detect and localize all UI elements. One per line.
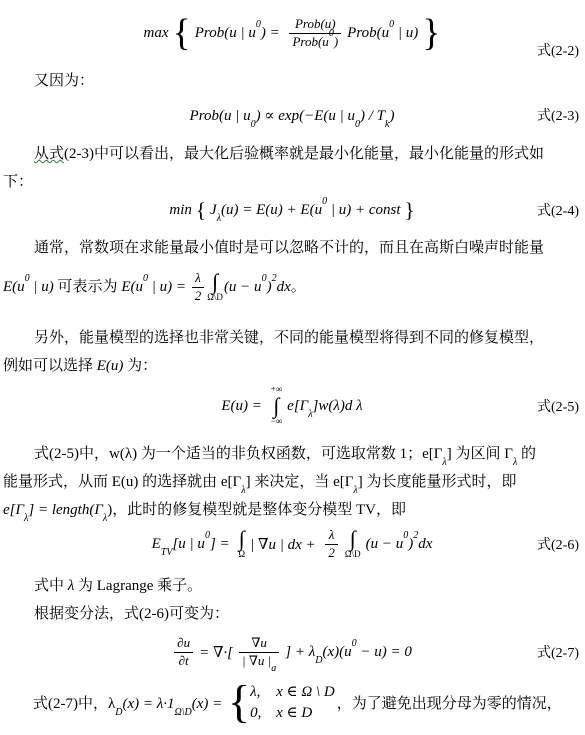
fraction-lambda-over-2: λ 2: [192, 270, 205, 304]
integral-omega-minus-d: ∫ Ω\D: [207, 271, 223, 303]
math-tv-term: | ∇u | dx +: [250, 535, 319, 554]
math-integrand: (u − u0)2dx: [224, 273, 291, 301]
math-integrand: e[Γλ]w(λ)d λ: [287, 398, 362, 415]
math-lhs: Prob(u | u0) =: [195, 25, 284, 42]
text-line: 下：: [3, 168, 581, 196]
fraction-du-dt: ∂u ∂t: [174, 635, 193, 669]
paragraph-from-eq23: 从式(2-3)中可以看出，最大化后验概率就是最小化能量，最小化能量的形式如 下：: [3, 140, 581, 196]
integral-omega-minus-d: ∫ Ω\D: [345, 528, 361, 560]
text-line: 式(2-5)中，w(λ) 为一个适当的非负权函数，可选取常数 1；e[Γλ] 为…: [3, 440, 581, 468]
case-row: 0,x ∈ D: [250, 703, 335, 723]
paragraph-lagrange: 式中 λ 为 Lagrange 乘子。: [3, 572, 581, 600]
math-operator-max: max: [144, 25, 169, 42]
math-operator-min: min: [169, 202, 192, 219]
cases-rows: λ,x ∈ Ω \ D 0,x ∈ D: [250, 682, 335, 723]
paragraph-energy-math-line: E(u0 | u) 可表示为 E(u0 | u) = λ 2 ∫ Ω\D (u …: [3, 264, 581, 310]
equation-label-2-3: 式(2-3): [537, 105, 579, 125]
equation-2-6: ETV[u | u0] = ∫ Ω | ∇u | dx + λ 2 ∫ Ω\D …: [3, 524, 581, 564]
text-run: 式(2-7)中，λD(x) = λ·1Ω\D(x) =: [33, 692, 226, 713]
left-brace: {: [173, 14, 191, 52]
equation-label-2-2: 式(2-2): [537, 40, 579, 60]
paragraph-eq25-explanation: 式(2-5)中，w(λ) 为一个适当的非负权函数，可选取常数 1；e[Γλ] 为…: [3, 440, 581, 524]
period: 。: [291, 273, 306, 301]
fraction-denominator: Prob(u0): [289, 34, 341, 50]
text-can-be-expressed: 可表示为: [54, 273, 122, 301]
text-line: e[Γλ] = length(Γλ)，此时的修复模型就是整体变分模型 TV，即: [3, 496, 581, 524]
text-line: 另外，能量模型的选择也非常关键，不同的能量模型将得到不同的修复模型，: [3, 324, 581, 352]
math-lhs: ETV[u | u0] =: [152, 536, 234, 553]
spellcheck-squiggle-text: 从式: [34, 146, 64, 162]
equation-label-2-4: 式(2-4): [537, 200, 579, 220]
integral-minus-to-plus-infinity: +∞ ∫ −∞: [271, 385, 283, 427]
right-brace: }: [404, 200, 414, 221]
fraction-lambda-over-2: λ 2: [325, 527, 338, 561]
document-page: max { Prob(u | u0) = Prob(u) Prob(u0) Pr…: [0, 0, 585, 726]
math-energy-lhs: E(u0 | u): [3, 273, 54, 301]
paragraph-another: 另外，能量模型的选择也非常关键，不同的能量模型将得到不同的修复模型， 例如可以选…: [3, 324, 581, 380]
equation-2-7: ∂u ∂t = ∇·[ ∇u | ∇u |a ] + λD(x)(u0 − u)…: [3, 628, 581, 676]
fraction-gradient: ∇u | ∇u |a: [239, 635, 279, 669]
equation-2-3: Prob(u | u0) ∝ exp(−E(u | u0) / Tk) 式(2-…: [3, 102, 581, 128]
paragraph-variation-method: 根据变分法，式(2-6)可变为：: [3, 600, 581, 628]
math-rhs: ] + λD(x)(u0 − u) = 0: [285, 644, 412, 661]
paragraph-usually: 通常，常数项在求能量最小值时是可以忽略不计的，而且在高斯白噪声时能量: [3, 234, 581, 262]
equation-label-2-5: 式(2-5): [537, 396, 579, 416]
math-lhs: E(u) =: [221, 398, 265, 415]
equation-label-2-6: 式(2-6): [537, 534, 579, 554]
text-line: 能量形式，从而 E(u) 的选择就由 e[Γλ] 来决定，当 e[Γλ] 为长度…: [3, 468, 581, 496]
fraction-prob: Prob(u) Prob(u0): [289, 16, 341, 50]
equation-2-4: min { Jλ(u) = E(u) + E(u0 | u) + const }…: [3, 196, 581, 224]
math-body: Jλ(u) = E(u) + E(u0 | u) + const: [210, 202, 400, 219]
math-divergence: = ∇·[: [199, 643, 233, 662]
math-energy-rhs: E(u0 | u) =: [121, 273, 189, 301]
right-brace: }: [422, 14, 440, 52]
cases-brace: {: [228, 679, 250, 725]
text-run: ，为了避免出现分母为零的情况，: [337, 692, 562, 713]
case-row: λ,x ∈ Ω \ D: [250, 682, 335, 702]
text-line: 从式(2-3)中可以看出，最大化后验概率就是最小化能量，最小化能量的形式如: [3, 140, 581, 168]
text-line: 例如可以选择 E(u) 为：: [3, 352, 581, 380]
equation-label-2-7: 式(2-7): [537, 642, 579, 662]
math-E-u: E(u): [97, 358, 124, 374]
math-rhs: Prob(u0 | u): [347, 25, 418, 42]
piecewise-cases: { λ,x ∈ Ω \ D 0,x ∈ D: [228, 679, 335, 725]
integral-omega: ∫ Ω: [238, 528, 245, 560]
equation-2-2: max { Prob(u | u0) = Prob(u) Prob(u0) Pr…: [3, 6, 581, 60]
fraction-denominator: | ∇u |a: [239, 653, 279, 669]
paragraph-also-because: 又因为：: [3, 68, 581, 94]
math-fidelity-term: (u − u0)2dx: [366, 536, 433, 553]
math-body: Prob(u | u0) ∝ exp(−E(u | u0) / Tk): [190, 106, 395, 125]
left-brace: {: [196, 200, 206, 221]
paragraph-eq27-explanation: 式(2-7)中，λD(x) = λ·1Ω\D(x) = { λ,x ∈ Ω \ …: [3, 678, 581, 726]
equation-2-5: E(u) = +∞ ∫ −∞ e[Γλ]w(λ)d λ 式(2-5): [3, 380, 581, 432]
